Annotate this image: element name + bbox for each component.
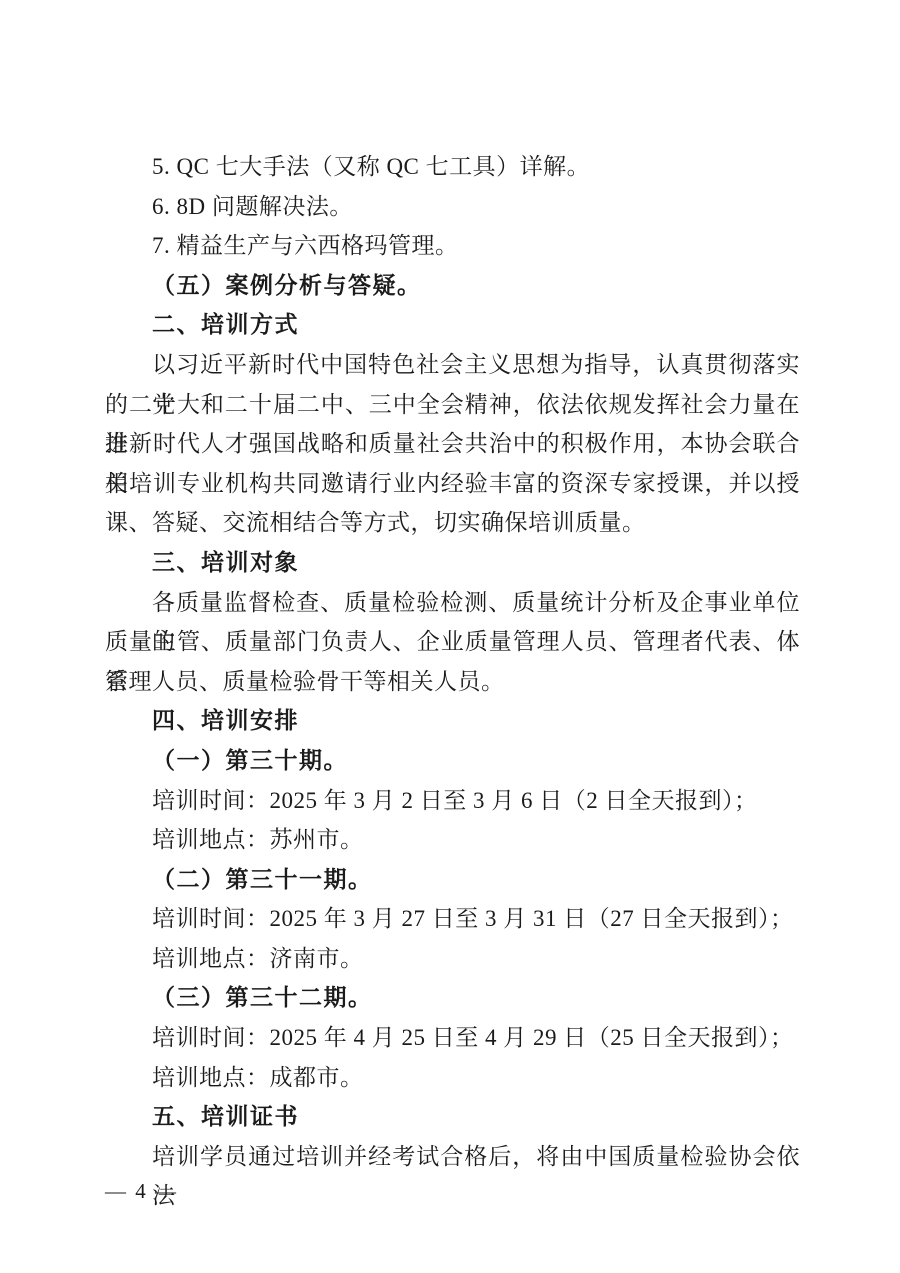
text-line: 四、培训安排 (105, 701, 800, 741)
text-line: 进新时代人才强国战略和质量社会共治中的积极作用，本协会联合相 (105, 424, 800, 464)
text-line: 培训地点：成都市。 (105, 1058, 800, 1098)
text-line: 7. 精益生产与六西格玛管理。 (105, 226, 800, 266)
footer-page-number: — 4 — (105, 1176, 178, 1206)
text-line: 关培训专业机构共同邀请行业内经验丰富的资深专家授课，并以授 (105, 464, 800, 504)
text-line: 培训地点：济南市。 (105, 939, 800, 979)
text-line: 培训时间：2025 年 3 月 27 日至 3 月 31 日（27 日全天报到）… (105, 899, 800, 939)
text-line: （五）案例分析与答疑。 (105, 266, 800, 306)
text-line: 6. 8D 问题解决法。 (105, 187, 800, 227)
text-line: （三）第三十二期。 (105, 978, 800, 1018)
text-line: 培训时间：2025 年 4 月 25 日至 4 月 29 日（25 日全天报到）… (105, 1018, 800, 1058)
text-line: 二、培训方式 (105, 305, 800, 345)
document-page: 5. QC 七大手法（又称 QC 七工具）详解。6. 8D 问题解决法。7. 精… (0, 0, 900, 1273)
text-line: 五、培训证书 (105, 1097, 800, 1137)
text-line: 课、答疑、交流相结合等方式，切实确保培训质量。 (105, 503, 800, 543)
text-line: 培训地点：苏州市。 (105, 820, 800, 860)
text-line: 的二十大和二十届二中、三中全会精神，依法依规发挥社会力量在推 (105, 385, 800, 425)
text-line: （二）第三十一期。 (105, 860, 800, 900)
text-line: （一）第三十期。 (105, 741, 800, 781)
text-line: 以习近平新时代中国特色社会主义思想为指导，认真贯彻落实党 (105, 345, 800, 385)
text-line: 管理人员、质量检验骨干等相关人员。 (105, 662, 800, 702)
document-lines: 5. QC 七大手法（又称 QC 七工具）详解。6. 8D 问题解决法。7. 精… (105, 147, 800, 1176)
text-line: 各质量监督检查、质量检验检测、质量统计分析及企事业单位的 (105, 583, 800, 623)
text-line: 质量主管、质量部门负责人、企业质量管理人员、管理者代表、体系 (105, 622, 800, 662)
text-line: 5. QC 七大手法（又称 QC 七工具）详解。 (105, 147, 800, 187)
text-line: 三、培训对象 (105, 543, 800, 583)
text-line: 培训时间：2025 年 3 月 2 日至 3 月 6 日（2 日全天报到）； (105, 781, 800, 821)
text-line: 培训学员通过培训并经考试合格后，将由中国质量检验协会依法 (105, 1137, 800, 1177)
